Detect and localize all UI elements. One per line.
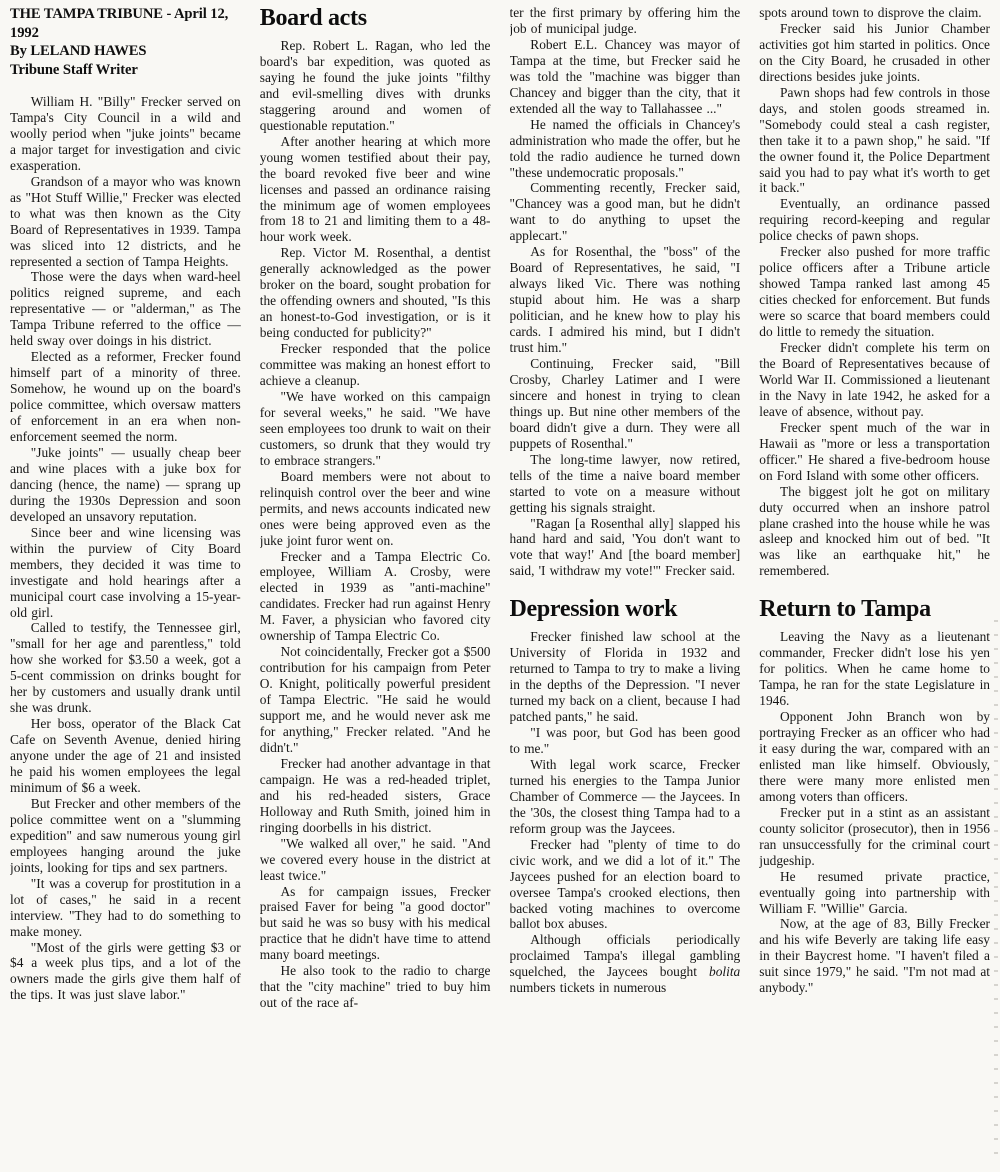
section-headline-depression-work: Depression work <box>510 596 741 622</box>
article-column-4: spots around town to disprove the claim.… <box>759 5 990 1168</box>
article-paragraph: Frecker had another advantage in that ca… <box>260 756 491 836</box>
article-paragraph: Rep. Victor M. Rosenthal, a dentist gene… <box>260 245 491 341</box>
article-paragraph: Her boss, operator of the Black Cat Cafe… <box>10 716 241 796</box>
article-paragraph: As for campaign issues, Frecker praised … <box>260 884 491 964</box>
byline-role: Tribune Staff Writer <box>10 61 241 80</box>
article-paragraph: Frecker finished law school at the Unive… <box>510 629 741 725</box>
article-paragraph: Frecker and a Tampa Electric Co. employe… <box>260 549 491 645</box>
article-paragraph: Robert E.L. Chancey was mayor of Tampa a… <box>510 37 741 117</box>
article-paragraph: The biggest jolt he got on military duty… <box>759 484 990 580</box>
publication-dateline: THE TAMPA TRIBUNE - April 12, 1992 <box>10 5 241 42</box>
article-paragraph: Frecker also pushed for more traffic pol… <box>759 244 990 340</box>
article-columns: THE TAMPA TRIBUNE - April 12, 1992By LEL… <box>10 5 990 1168</box>
article-paragraph: "We have worked on this campaign for sev… <box>260 389 491 469</box>
article-paragraph: Opponent John Branch won by portraying F… <box>759 709 990 805</box>
article-paragraph: "It was a coverup for prostitution in a … <box>10 876 241 940</box>
scan-noise-artifact <box>994 620 998 1160</box>
article-paragraph: Frecker put in a stint as an assistant c… <box>759 805 990 869</box>
article-kicker-group: THE TAMPA TRIBUNE - April 12, 1992By LEL… <box>10 5 241 79</box>
article-column-1: THE TAMPA TRIBUNE - April 12, 1992By LEL… <box>10 5 241 1168</box>
article-paragraph: Rep. Robert L. Ragan, who led the board'… <box>260 38 491 134</box>
article-paragraph: Commenting recently, Frecker said, "Chan… <box>510 180 741 244</box>
article-paragraph: Continuing, Frecker said, "Bill Crosby, … <box>510 356 741 452</box>
article-paragraph: Not coincidentally, Frecker got a $500 c… <box>260 644 491 756</box>
article-paragraph: "Juke joints" — usually cheap beer and w… <box>10 445 241 525</box>
article-paragraph: William H. "Billy" Frecker served on Tam… <box>10 94 241 174</box>
article-paragraph: Now, at the age of 83, Billy Frecker and… <box>759 916 990 996</box>
article-paragraph: ter the first primary by offering him th… <box>510 5 741 37</box>
article-paragraph: Frecker had "plenty of time to do civic … <box>510 837 741 933</box>
article-paragraph: But Frecker and other members of the pol… <box>10 796 241 876</box>
section-headline-return-to-tampa: Return to Tampa <box>759 596 990 622</box>
article-paragraph: He named the officials in Chancey's admi… <box>510 117 741 181</box>
article-paragraph: Frecker didn't complete his term on the … <box>759 340 990 420</box>
article-paragraph: Elected as a reformer, Frecker found him… <box>10 349 241 445</box>
article-paragraph: "Most of the girls were getting $3 or $4… <box>10 940 241 1004</box>
article-paragraph: Leaving the Navy as a lieutenant command… <box>759 629 990 709</box>
article-paragraph: Although officials periodically proclaim… <box>510 932 741 996</box>
article-paragraph: Frecker said his Junior Chamber activiti… <box>759 21 990 85</box>
newspaper-article-page: THE TAMPA TRIBUNE - April 12, 1992By LEL… <box>0 0 1000 1172</box>
article-paragraph: He also took to the radio to charge that… <box>260 963 491 1011</box>
article-paragraph: "We walked all over," he said. "And we c… <box>260 836 491 884</box>
section-headline-board-acts: Board acts <box>260 5 491 31</box>
article-paragraph: Pawn shops had few controls in those day… <box>759 85 990 197</box>
article-paragraph: With legal work scarce, Frecker turned h… <box>510 757 741 837</box>
article-paragraph: Grandson of a mayor who was known as "Ho… <box>10 174 241 270</box>
italic-term: bolita <box>709 964 740 979</box>
article-paragraph: Since beer and wine licensing was within… <box>10 525 241 621</box>
text-run: Although officials periodically proclaim… <box>510 932 741 979</box>
article-column-3: ter the first primary by offering him th… <box>510 5 741 1168</box>
article-paragraph: Board members were not about to relinqui… <box>260 469 491 549</box>
article-paragraph: He resumed private practice, eventually … <box>759 869 990 917</box>
byline: By LELAND HAWES <box>10 42 241 61</box>
article-paragraph: Called to testify, the Tennessee girl, "… <box>10 620 241 716</box>
article-paragraph: As for Rosenthal, the "boss" of the Boar… <box>510 244 741 356</box>
article-paragraph: "I was poor, but God has been good to me… <box>510 725 741 757</box>
article-paragraph: Those were the days when ward-heel polit… <box>10 269 241 349</box>
article-paragraph: Frecker spent much of the war in Hawaii … <box>759 420 990 484</box>
text-run: numbers tickets in numerous <box>510 980 667 995</box>
article-paragraph: The long-time lawyer, now retired, tells… <box>510 452 741 516</box>
article-paragraph: Eventually, an ordinance passed requirin… <box>759 196 990 244</box>
article-column-2: Board actsRep. Robert L. Ragan, who led … <box>260 5 491 1168</box>
article-paragraph: After another hearing at which more youn… <box>260 134 491 246</box>
article-paragraph: "Ragan [a Rosenthal ally] slapped his ha… <box>510 516 741 580</box>
article-paragraph: spots around town to disprove the claim. <box>759 5 990 21</box>
article-paragraph: Frecker responded that the police commit… <box>260 341 491 389</box>
